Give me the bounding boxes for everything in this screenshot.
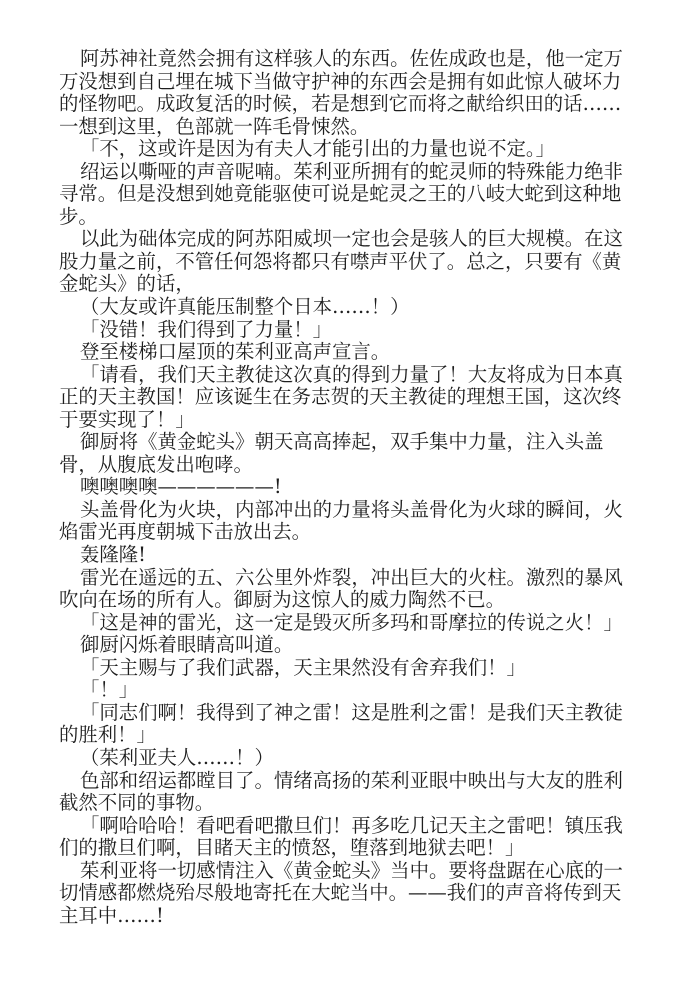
text-line: 「天主赐与了我们武器，天主果然没有舍弃我们！」: [59, 657, 659, 680]
text-line: 主耳中……!: [59, 905, 659, 928]
document-page: 阿苏神社竟然会拥有这样骇人的东西。佐佐成政也是，他一定万 万没想到自己埋在城下当…: [59, 48, 659, 927]
text-line: 「同志们啊！我得到了神之雷！这是胜利之雷！是我们天主教徒: [59, 702, 659, 725]
paragraph-dialogue: 「没错！我们得到了力量！」: [59, 319, 659, 342]
text-line: 焰雷光再度朝城下击放出去。: [59, 521, 659, 544]
text-line: 的怪物吧。成政复活的时候，若是想到它而将之献给织田的话……: [59, 93, 659, 116]
text-line: 「没错！我们得到了力量！」: [59, 319, 659, 342]
paragraph-narration: 绍运以嘶哑的声音呢喃。茱利亚所拥有的蛇灵师的特殊能力绝非 寻常。但是没想到她竟能…: [59, 161, 659, 229]
text-line: 「这是神的雷光，这一定是毁灭所多玛和哥摩拉的传说之火！」: [59, 612, 659, 635]
paragraph-narration: 御厨闪烁着眼睛高叫道。: [59, 634, 659, 657]
text-line: 截然不同的事物。: [59, 792, 659, 815]
paragraph-thought: （大友或许真能压制整个日本……！）: [59, 296, 659, 319]
paragraph-narration: 登至楼梯口屋顶的茱利亚高声宣言。: [59, 341, 659, 364]
text-line: 头盖骨化为火块，内部冲出的力量将头盖骨化为火球的瞬间，火: [59, 499, 659, 522]
paragraph-narration: 以此为础体完成的阿苏阳威坝一定也会是骇人的巨大规模。在这 股力量之前，不管任何怨…: [59, 228, 659, 296]
text-line: 「请看，我们天主教徒这次真的得到力量了！大友将成为日本真: [59, 364, 659, 387]
text-line: 金蛇头》的话，: [59, 273, 659, 296]
text-line: 一想到这里，色部就一阵毛骨悚然。: [59, 116, 659, 139]
text-line: 御厨闪烁着眼睛高叫道。: [59, 634, 659, 657]
text-line: 阿苏神社竟然会拥有这样骇人的东西。佐佐成政也是，他一定万: [59, 48, 659, 71]
text-line: 色部和绍运都瞠目了。情绪高扬的茱利亚眼中映出与大友的胜利: [59, 770, 659, 793]
paragraph-dialogue: 「啊哈哈哈！看吧看吧撒旦们！再多吃几记天主之雷吧！镇压我 们的撒旦们啊，目睹天主…: [59, 815, 659, 860]
paragraph-dialogue: 「同志们啊！我得到了神之雷！这是胜利之雷！是我们天主教徒 的胜利！」: [59, 702, 659, 747]
paragraph-dialogue: 「不，这或许是因为有夫人才能引出的力量也说不定。」: [59, 138, 659, 161]
text-line: 「啊哈哈哈！看吧看吧撒旦们！再多吃几记天主之雷吧！镇压我: [59, 815, 659, 838]
paragraph-dialogue: 「请看，我们天主教徒这次真的得到力量了！大友将成为日本真 正的天主教国！应该诞生…: [59, 364, 659, 432]
text-line: 雷光在遥远的五、六公里外炸裂，冲出巨大的火柱。激烈的暴风: [59, 567, 659, 590]
text-line: 绍运以嘶哑的声音呢喃。茱利亚所拥有的蛇灵师的特殊能力绝非: [59, 161, 659, 184]
paragraph-narration: 色部和绍运都瞠目了。情绪高扬的茱利亚眼中映出与大友的胜利 截然不同的事物。: [59, 770, 659, 815]
text-line: 股力量之前，不管任何怨将都只有噤声平伏了。总之，只要有《黄: [59, 251, 659, 274]
paragraph-sound-effect: 轰隆隆!: [59, 544, 659, 567]
paragraph-narration: 阿苏神社竟然会拥有这样骇人的东西。佐佐成政也是，他一定万 万没想到自己埋在城下当…: [59, 48, 659, 138]
text-line: 们的撒旦们啊，目睹天主的愤怒，堕落到地狱去吧！」: [59, 837, 659, 860]
text-line: 以此为础体完成的阿苏阳威坝一定也会是骇人的巨大规模。在这: [59, 228, 659, 251]
paragraph-narration: 御厨将《黄金蛇头》朝天高高捧起，双手集中力量，注入头盖 骨，从腹底发出咆哮。: [59, 431, 659, 476]
paragraph-thought: （茱利亚夫人……！）: [59, 747, 659, 770]
text-line: 的胜利！」: [59, 724, 659, 747]
text-line: 吹向在场的所有人。御厨为这惊人的威力陶然不已。: [59, 589, 659, 612]
text-line: 正的天主教国！应该诞生在务志贺的天主教徒的理想王国，这次终: [59, 386, 659, 409]
paragraph-narration: 头盖骨化为火块，内部冲出的力量将头盖骨化为火球的瞬间，火 焰雷光再度朝城下击放出…: [59, 499, 659, 544]
text-line: （大友或许真能压制整个日本……！）: [59, 296, 659, 319]
text-line: 万没想到自己埋在城下当做守护神的东西会是拥有如此惊人破坏力: [59, 71, 659, 94]
text-line: 轰隆隆!: [59, 544, 659, 567]
text-line: 噢噢噢噢——————!: [59, 476, 659, 499]
paragraph-narration: 茱利亚将一切感情注入《黄金蛇头》当中。要将盘踞在心底的一 切情感都燃烧殆尽般地寄…: [59, 860, 659, 928]
text-line: 「不，这或许是因为有夫人才能引出的力量也说不定。」: [59, 138, 659, 161]
text-line: 御厨将《黄金蛇头》朝天高高捧起，双手集中力量，注入头盖: [59, 431, 659, 454]
text-line: 步。: [59, 206, 659, 229]
paragraph-dialogue: 「天主赐与了我们武器，天主果然没有舍弃我们！」: [59, 657, 659, 680]
paragraph-sound-effect: 噢噢噢噢——————!: [59, 476, 659, 499]
text-line: 切情感都燃烧殆尽般地寄托在大蛇当中。——我们的声音将传到天: [59, 882, 659, 905]
text-line: 寻常。但是没想到她竟能驱使可说是蛇灵之王的八岐大蛇到这种地: [59, 183, 659, 206]
text-line: 茱利亚将一切感情注入《黄金蛇头》当中。要将盘踞在心底的一: [59, 860, 659, 883]
text-line: 骨，从腹底发出咆哮。: [59, 454, 659, 477]
text-line: 登至楼梯口屋顶的茱利亚高声宣言。: [59, 341, 659, 364]
paragraph-dialogue: 「！」: [59, 679, 659, 702]
paragraph-dialogue: 「这是神的雷光，这一定是毁灭所多玛和哥摩拉的传说之火！」: [59, 612, 659, 635]
text-line: 「！」: [59, 679, 659, 702]
text-line: 于要实现了！」: [59, 409, 659, 432]
paragraph-narration: 雷光在遥远的五、六公里外炸裂，冲出巨大的火柱。激烈的暴风 吹向在场的所有人。御厨…: [59, 567, 659, 612]
text-line: （茱利亚夫人……！）: [59, 747, 659, 770]
